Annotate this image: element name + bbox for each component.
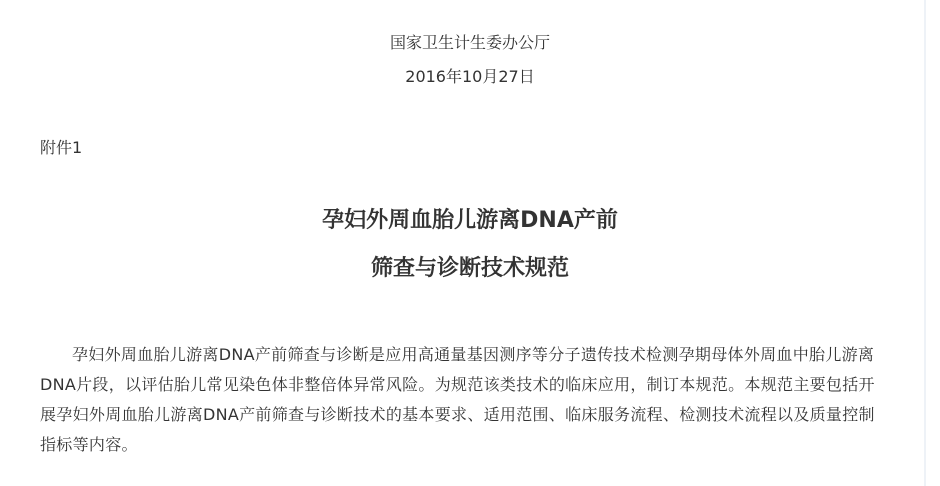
intro-paragraph: 孕妇外周血胎儿游离DNA产前筛查与诊断是应用高通量基因测序等分子遗传技术检测孕期… xyxy=(40,340,888,460)
document-page: 国家卫生计生委办公厅 2016年10月27日 附件1 孕妇外周血胎儿游离DNA产… xyxy=(0,0,926,486)
document-title-line-1: 孕妇外周血胎儿游离DNA产前 xyxy=(0,206,940,236)
attachment-label: 附件1 xyxy=(40,137,82,159)
issue-date: 2016年10月27日 xyxy=(0,66,940,88)
document-title-line-2: 筛查与诊断技术规范 xyxy=(0,254,940,284)
issuer-name: 国家卫生计生委办公厅 xyxy=(0,32,940,54)
